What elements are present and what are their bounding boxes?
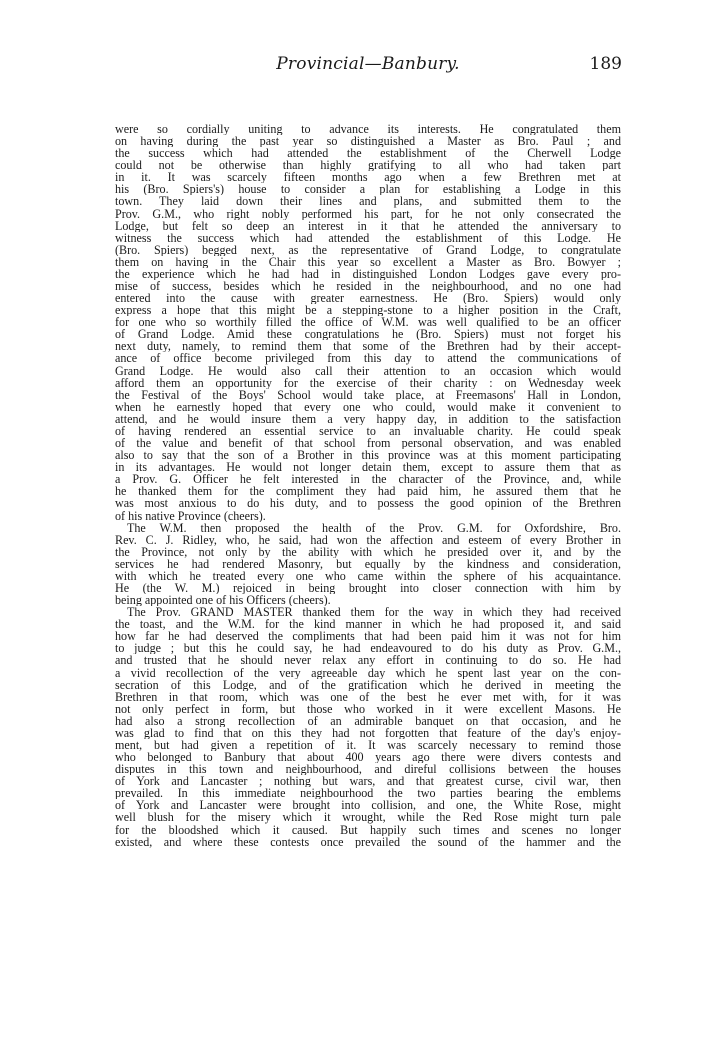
text-line: Prov. G.M., who right nobly performed hi… <box>115 208 621 220</box>
text-line: in its advantages. He would not longer d… <box>115 461 621 473</box>
text-line <box>115 848 621 860</box>
text-line: entered into the cause with greater earn… <box>115 292 621 304</box>
running-title: Provincial—Banbury. <box>114 54 622 74</box>
text-line: were so cordially uniting to advance its… <box>115 123 621 135</box>
text-line: express a hope that this might be a step… <box>115 304 621 316</box>
text-line: was most anxious to do his duty, and to … <box>115 497 621 509</box>
text-line: the Festival of the Boys' School would t… <box>115 389 621 401</box>
paragraph-end-line: being appointed one of his Officers (che… <box>115 594 621 606</box>
text-line: afford them an opportunity for the exerc… <box>115 377 621 389</box>
text-line: town. They laid down their lines and pla… <box>115 195 621 207</box>
text-line: not only perfect in form, but those who … <box>115 703 621 715</box>
text-line: to judge ; but this he could say, he had… <box>115 642 621 654</box>
text-line: disputes in this town and neighbourhood,… <box>115 763 621 775</box>
paragraph-end-line: of his native Province (cheers). <box>115 510 621 522</box>
text-line: was glad to find that on this they had n… <box>115 727 621 739</box>
text-line: services he had rendered Masonry, but eq… <box>115 558 621 570</box>
text-line: Brethren in that room, which was one of … <box>115 691 621 703</box>
text-line: the success which had attended the estab… <box>115 147 621 159</box>
body-text: were so cordially uniting to advance its… <box>115 123 621 884</box>
text-line: who belonged to Banbury that about 400 y… <box>115 751 621 763</box>
text-line: he thanked them for the compliment they … <box>115 485 621 497</box>
text-line: his (Bro. Spiers's) house to consider a … <box>115 183 621 195</box>
text-line: Grand Lodge. He would also call their at… <box>115 365 621 377</box>
text-line <box>115 860 621 872</box>
text-line: them on having in the Chair this year so… <box>115 256 621 268</box>
text-line: on having during the past year so distin… <box>115 135 621 147</box>
running-head: Provincial—Banbury. 189 <box>114 54 622 78</box>
paragraph-start-line: The W.M. then proposed the health of the… <box>115 522 621 534</box>
text-line: mise of success, besides which he reside… <box>115 280 621 292</box>
text-line: could not be otherwise than highly grati… <box>115 159 621 171</box>
text-line: of having rendered an essential service … <box>115 425 621 437</box>
text-line: witness the success which had attended t… <box>115 232 621 244</box>
text-line: the toast, and the W.M. for the kind man… <box>115 618 621 630</box>
paragraph-start-line: The Prov. GRAND MASTER thanked them for … <box>115 606 621 618</box>
text-line: also to say that the son of a Brother in… <box>115 449 621 461</box>
text-line: and trusted that he should never relax a… <box>115 654 621 666</box>
text-line: Rev. C. J. Ridley, who, he said, had won… <box>115 534 621 546</box>
text-line <box>115 872 621 884</box>
text-line: ance of office become privileged from th… <box>115 352 621 364</box>
text-line: well blush for the misery which it wroug… <box>115 811 621 823</box>
text-line: how far he had deserved the compliments … <box>115 630 621 642</box>
text-line: He (the W. M.) rejoiced in being brought… <box>115 582 621 594</box>
text-line: a Prov. G. Officer he felt interested in… <box>115 473 621 485</box>
text-line: in it. It was scarcely fifteen months ag… <box>115 171 621 183</box>
text-line: the Province, not only by the ability wi… <box>115 546 621 558</box>
text-line: of Grand Lodge. Amid these congratulatio… <box>115 328 621 340</box>
document-page: Provincial—Banbury. 189 were so cordiall… <box>0 0 717 1049</box>
text-line: secration of this Lodge, and of the grat… <box>115 679 621 691</box>
text-line: existed, and where these contests once p… <box>115 836 621 848</box>
text-line: a vivid recollection of the very agreeab… <box>115 667 621 679</box>
text-line: of York and Lancaster ; nothing but wars… <box>115 775 621 787</box>
text-line: for one who so worthily filled the offic… <box>115 316 621 328</box>
text-line: prevailed. In this immediate neighbourho… <box>115 787 621 799</box>
text-line: ment, but had given a repetition of it. … <box>115 739 621 751</box>
text-line: of the value and benefit of that school … <box>115 437 621 449</box>
text-line: attend, and he would insure them a very … <box>115 413 621 425</box>
text-line: the experience which he had had in disti… <box>115 268 621 280</box>
text-line: Lodge, but felt so deep an interest in i… <box>115 220 621 232</box>
text-line: had also a strong recollection of an adm… <box>115 715 621 727</box>
text-line: next duty, namely, to remind them that s… <box>115 340 621 352</box>
text-line: (Bro. Spiers) begged next, as the repres… <box>115 244 621 256</box>
text-line: for the bloodshed which it caused. But h… <box>115 824 621 836</box>
text-line: when he earnestly hoped that every one w… <box>115 401 621 413</box>
page-number: 189 <box>590 54 622 74</box>
text-line: with which he treated every one who came… <box>115 570 621 582</box>
text-line: of York and Lancaster were brought into … <box>115 799 621 811</box>
